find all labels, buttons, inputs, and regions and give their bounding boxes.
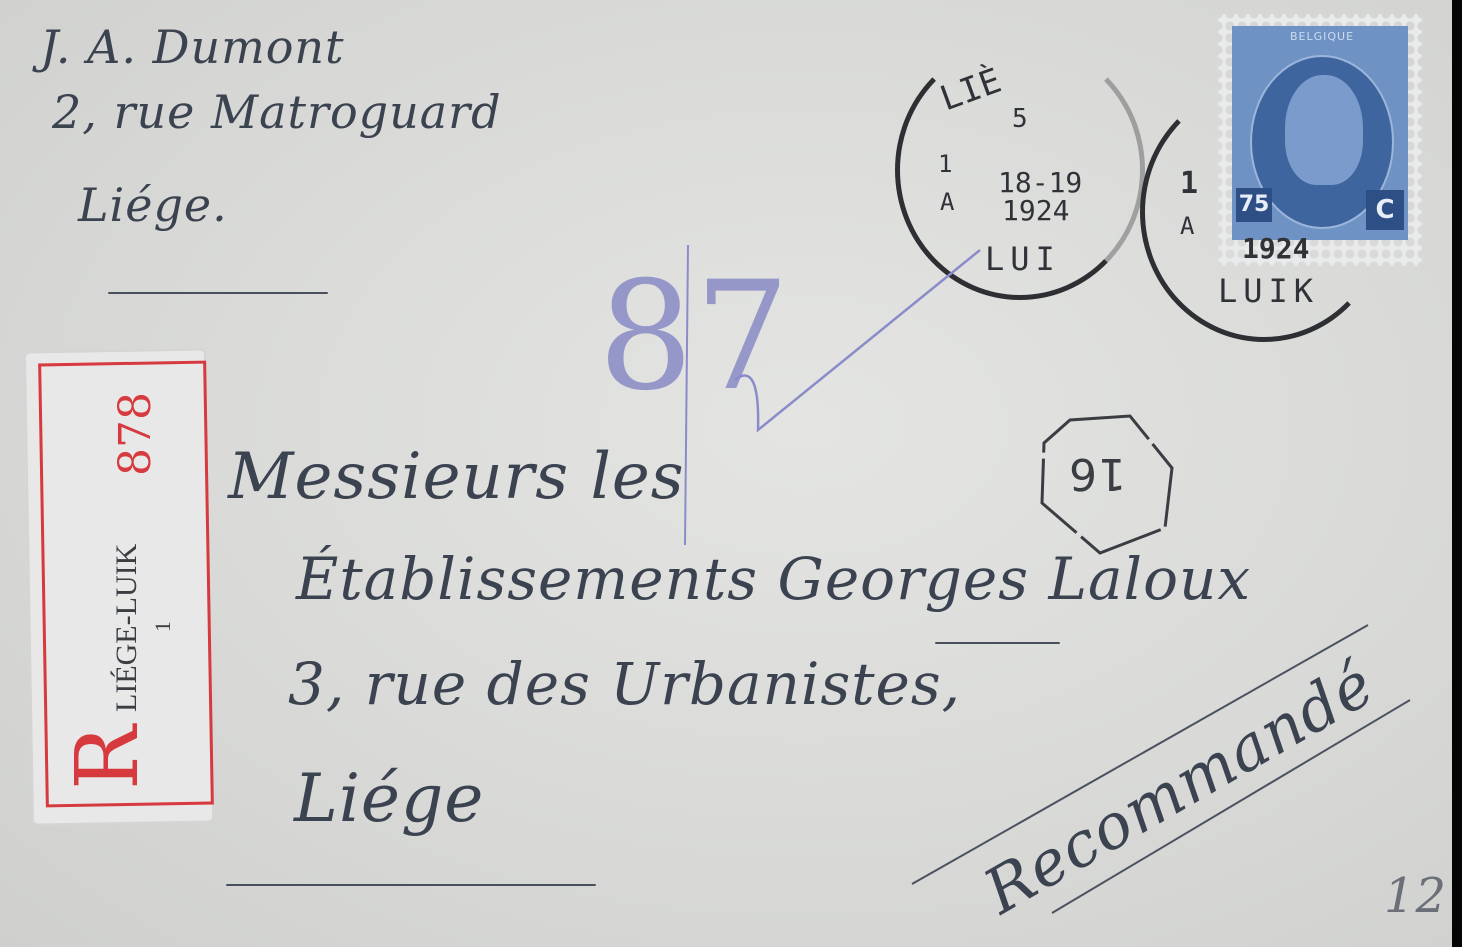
envelope: J. A. Dumont 2, rue Matroguard Liége. BE… [0,0,1462,947]
corner-note: 12 [1384,868,1447,924]
photo-edge [1452,0,1462,947]
endorsement-lines [0,0,1462,947]
